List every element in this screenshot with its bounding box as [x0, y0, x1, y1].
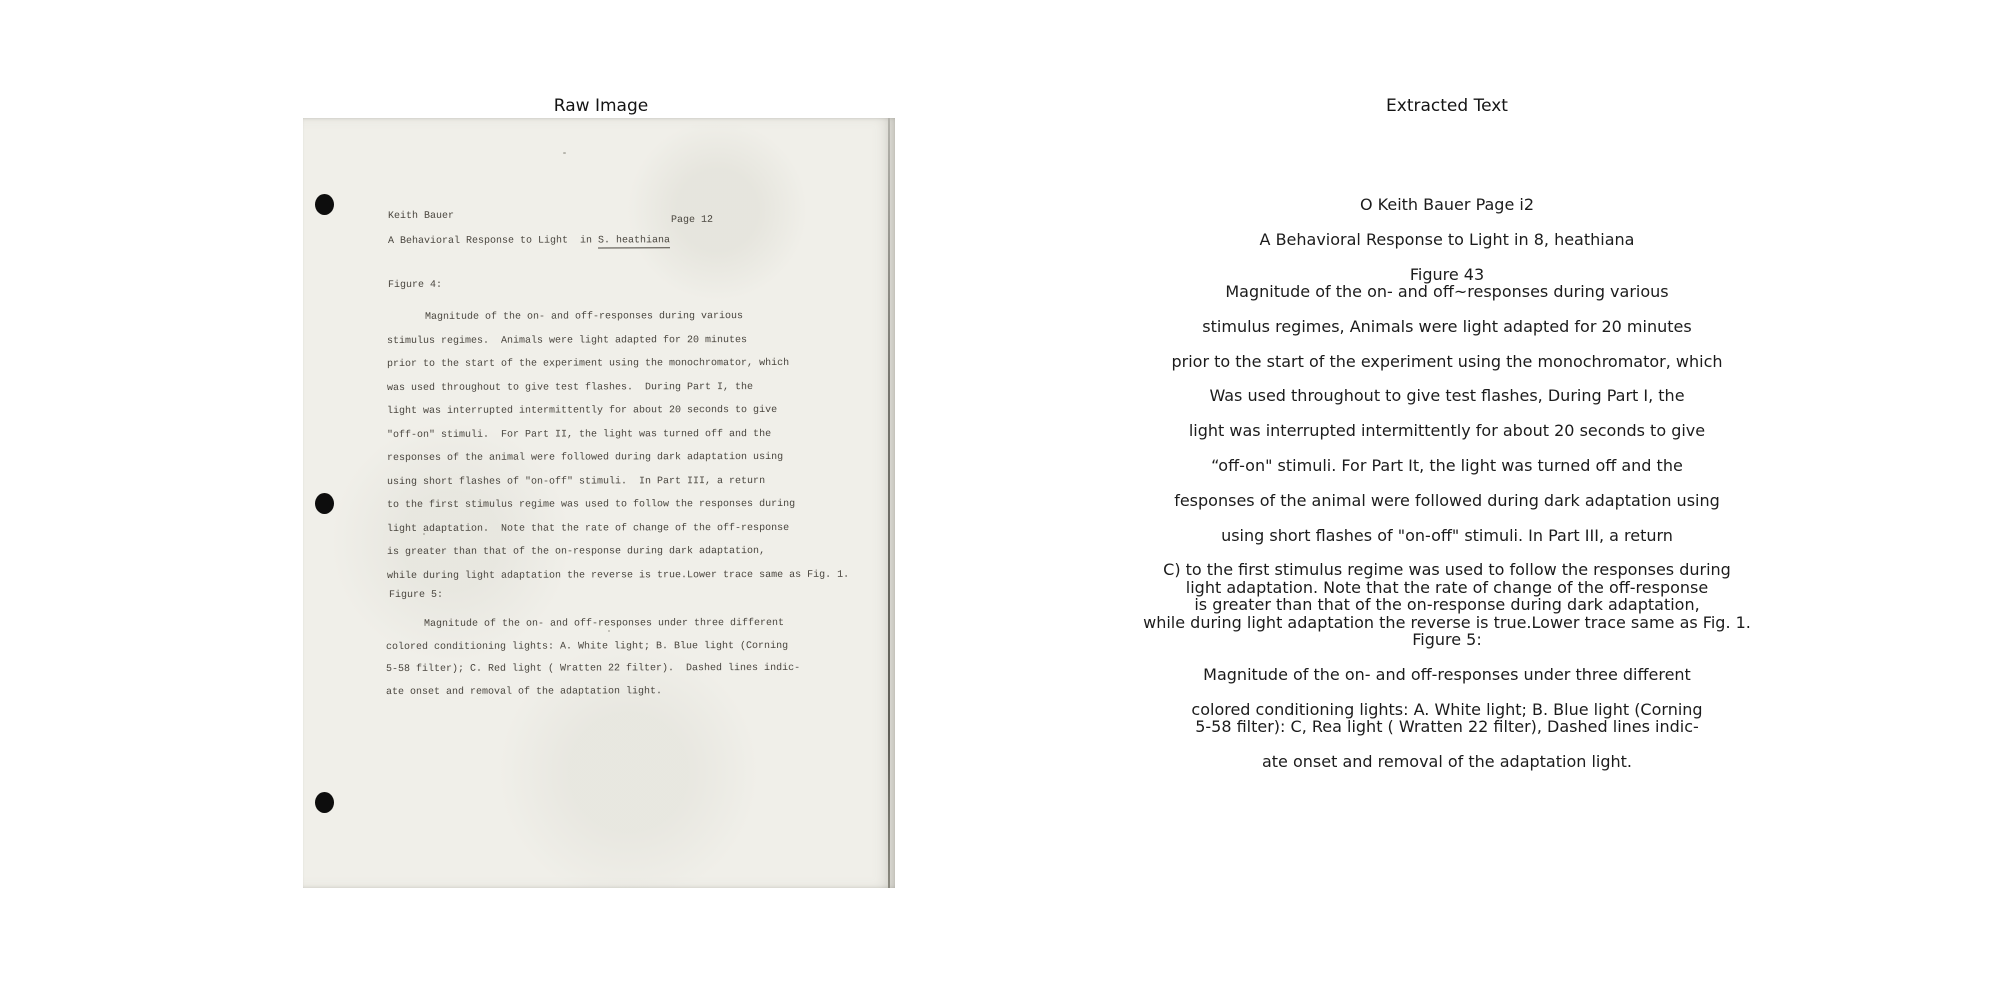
page-number: Page 12: [671, 215, 713, 226]
ocr-line: light adaptation. Note that the rate of …: [1085, 579, 1809, 596]
paper-speck: [563, 152, 566, 154]
ocr-line: C) to the first stimulus regime was used…: [1085, 561, 1809, 578]
extracted-text-panel-title: Extracted Text: [1386, 96, 1508, 116]
ocr-line: Figure 5:: [1085, 631, 1809, 648]
caption-line: using short flashes of "on-off" stimuli.…: [387, 469, 887, 494]
ocr-line: colored conditioning lights: A. White li…: [1085, 701, 1809, 718]
ocr-line: is greater than that of the on-response …: [1085, 596, 1809, 613]
caption-line: light was interrupted intermittently for…: [387, 399, 887, 424]
ocr-line: while during light adaptation the revers…: [1085, 614, 1809, 631]
figure-4-label: Figure 4:: [388, 280, 442, 291]
ocr-paragraph: ate onset and removal of the adaptation …: [1085, 753, 1809, 770]
ocr-paragraph: “off-on" stimuli. For Part It, the light…: [1085, 457, 1809, 474]
caption-line: light adaptation. Note that the rate of …: [387, 516, 887, 541]
ocr-paragraph: Was used throughout to give test flashes…: [1085, 387, 1809, 404]
caption-line: colored conditioning lights: A. White li…: [386, 635, 886, 659]
ocr-line: Figure 43: [1085, 266, 1809, 283]
scanned-document-page: Keith Bauer Page 12 A Behavioral Respons…: [303, 118, 895, 888]
ocr-paragraph: light was interrupted intermittently for…: [1085, 422, 1809, 439]
ocr-paragraph: using short flashes of "on-off" stimuli.…: [1085, 527, 1809, 544]
ocr-paragraph: fesponses of the animal were followed du…: [1085, 492, 1809, 509]
raw-image-panel-title: Raw Image: [554, 96, 648, 116]
caption-line: Magnitude of the on- and off-responses d…: [387, 305, 887, 330]
caption-line: responses of the animal were followed du…: [387, 446, 887, 471]
scan-edge-shadow: [888, 118, 890, 888]
ocr-line: stimulus regimes, Animals were light ada…: [1085, 318, 1809, 335]
author-name: Keith Bauer: [388, 211, 454, 222]
ocr-paragraph: A Behavioral Response to Light in 8, hea…: [1085, 231, 1809, 248]
caption-line: ate onset and removal of the adaptation …: [386, 680, 886, 704]
ocr-line: light was interrupted intermittently for…: [1085, 422, 1809, 439]
figure-5-label: Figure 5:: [389, 590, 443, 601]
ocr-line: A Behavioral Response to Light in 8, hea…: [1085, 231, 1809, 248]
figure-4-caption-block: Magnitude of the on- and off-responses d…: [387, 306, 887, 588]
ocr-line: prior to the start of the experiment usi…: [1085, 353, 1809, 370]
figure-canvas: Raw Image Extracted Text Keith Bauer Pag…: [0, 0, 2000, 1000]
ocr-paragraph: colored conditioning lights: A. White li…: [1085, 701, 1809, 736]
caption-line: 5-58 filter); C. Red light ( Wratten 22 …: [386, 658, 886, 682]
punch-hole-top: [315, 194, 334, 215]
caption-line: was used throughout to give test flashes…: [387, 375, 887, 400]
ocr-line: fesponses of the animal were followed du…: [1085, 492, 1809, 509]
caption-line: "off-on" stimuli. For Part II, the light…: [387, 422, 887, 447]
ocr-line: Was used throughout to give test flashes…: [1085, 387, 1809, 404]
caption-line: prior to the start of the experiment usi…: [387, 352, 887, 377]
ocr-line: “off-on" stimuli. For Part It, the light…: [1085, 457, 1809, 474]
ocr-paragraph: prior to the start of the experiment usi…: [1085, 353, 1809, 370]
document-title-prefix: A Behavioral Response to Light in: [388, 235, 598, 247]
ocr-paragraph: Magnitude of the on- and off-responses u…: [1085, 666, 1809, 683]
ocr-line: Magnitude of the on- and off~responses d…: [1085, 283, 1809, 300]
ocr-paragraph: Figure 43 Magnitude of the on- and off~r…: [1085, 266, 1809, 301]
ocr-paragraph: stimulus regimes, Animals were light ada…: [1085, 318, 1809, 335]
extracted-text-block: O Keith Bauer Page i2 A Behavioral Respo…: [1085, 196, 1809, 788]
ocr-line: Magnitude of the on- and off-responses u…: [1085, 666, 1809, 683]
caption-line: Magnitude of the on- and off-responses u…: [386, 613, 886, 637]
caption-line: to the first stimulus regime was used to…: [387, 493, 887, 518]
caption-line: stimulus regimes. Animals were light ada…: [387, 328, 887, 353]
punch-hole-bottom: [315, 792, 334, 813]
species-name-underlined: S. heathiana: [598, 235, 670, 248]
figure-5-caption-block: Magnitude of the on- and off-responses u…: [386, 614, 886, 704]
document-title: A Behavioral Response to Light in S. hea…: [388, 235, 670, 247]
ocr-line: O Keith Bauer Page i2: [1085, 196, 1809, 213]
punch-hole-middle: [315, 493, 334, 514]
ocr-paragraph: O Keith Bauer Page i2: [1085, 196, 1809, 213]
caption-line: is greater than that of the on-response …: [387, 540, 887, 565]
ocr-line: ate onset and removal of the adaptation …: [1085, 753, 1809, 770]
ocr-paragraph: C) to the first stimulus regime was used…: [1085, 561, 1809, 648]
ocr-line: using short flashes of "on-off" stimuli.…: [1085, 527, 1809, 544]
ocr-line: 5-58 filter): C, Rea light ( Wratten 22 …: [1085, 718, 1809, 735]
caption-line: while during light adaptation the revers…: [387, 563, 887, 588]
